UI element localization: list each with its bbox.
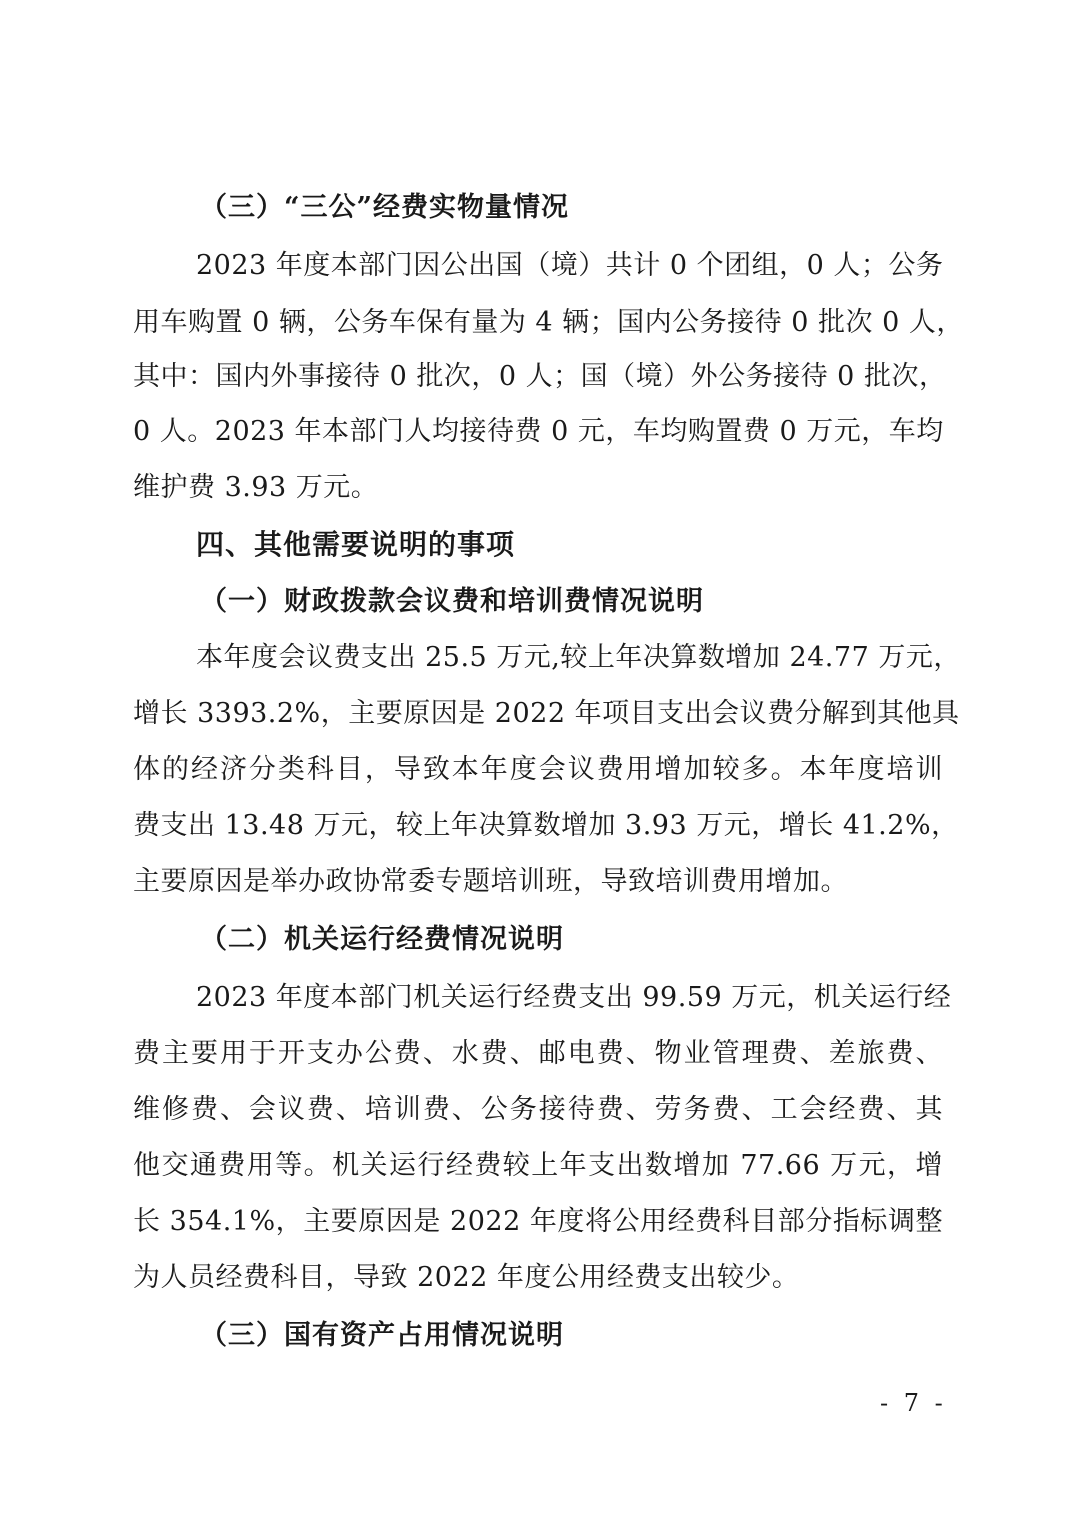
subsection-heading-state-assets: （三）国有资产占用情况说明 xyxy=(200,1318,564,1354)
paragraph-line: 他交通费用等。机关运行经费较上年支出数增加 77.66 万元，增 xyxy=(133,1148,943,1184)
paragraph-line: 维修费、会议费、培训费、公务接待费、劳务费、工会经费、其 xyxy=(133,1092,943,1128)
paragraph-line: 用车购置 0 辆，公务车保有量为 4 辆；国内公务接待 0 批次 0 人， xyxy=(133,305,943,341)
paragraph-line: 费主要用于开支办公费、水费、邮电费、物业管理费、差旅费、 xyxy=(133,1036,943,1072)
subsection-heading-meeting-training-fees: （一）财政拨款会议费和培训费情况说明 xyxy=(200,584,704,620)
document-page: （三）“三公”经费实物量情况 2023 年度本部门因公出国（境）共计 0 个团组… xyxy=(0,0,1074,1520)
section-heading-sangong-physical-quantity: （三）“三公”经费实物量情况 xyxy=(200,190,569,226)
page-number: - 7 - xyxy=(880,1388,947,1418)
part-heading-other-matters: 四、其他需要说明的事项 xyxy=(196,527,515,563)
paragraph-line: 本年度会议费支出 25.5 万元,较上年决算数增加 24.77 万元， xyxy=(196,640,943,676)
paragraph-line: 维护费 3.93 万元。 xyxy=(133,470,943,506)
paragraph-line: 2023 年度本部门机关运行经费支出 99.59 万元，机关运行经 xyxy=(196,980,943,1016)
paragraph-line: 费支出 13.48 万元，较上年决算数增加 3.93 万元，增长 41.2%， xyxy=(133,808,943,844)
paragraph-line: 为人员经费科目，导致 2022 年度公用经费支出较少。 xyxy=(133,1260,943,1296)
paragraph-line: 增长 3393.2%，主要原因是 2022 年项目支出会议费分解到其他具 xyxy=(133,696,943,732)
paragraph-line: 主要原因是举办政协常委专题培训班，导致培训费用增加。 xyxy=(133,864,943,900)
paragraph-line: 体的经济分类科目，导致本年度会议费用增加较多。本年度培训 xyxy=(133,752,943,788)
paragraph-line: 0 人。2023 年本部门人均接待费 0 元，车均购置费 0 万元，车均 xyxy=(133,414,943,450)
subsection-heading-operating-expenses: （二）机关运行经费情况说明 xyxy=(200,922,564,958)
paragraph-line: 长 354.1%，主要原因是 2022 年度将公用经费科目部分指标调整 xyxy=(133,1204,943,1240)
paragraph-line: 2023 年度本部门因公出国（境）共计 0 个团组，0 人；公务 xyxy=(196,248,943,284)
paragraph-line: 其中：国内外事接待 0 批次，0 人；国（境）外公务接待 0 批次， xyxy=(133,359,943,395)
